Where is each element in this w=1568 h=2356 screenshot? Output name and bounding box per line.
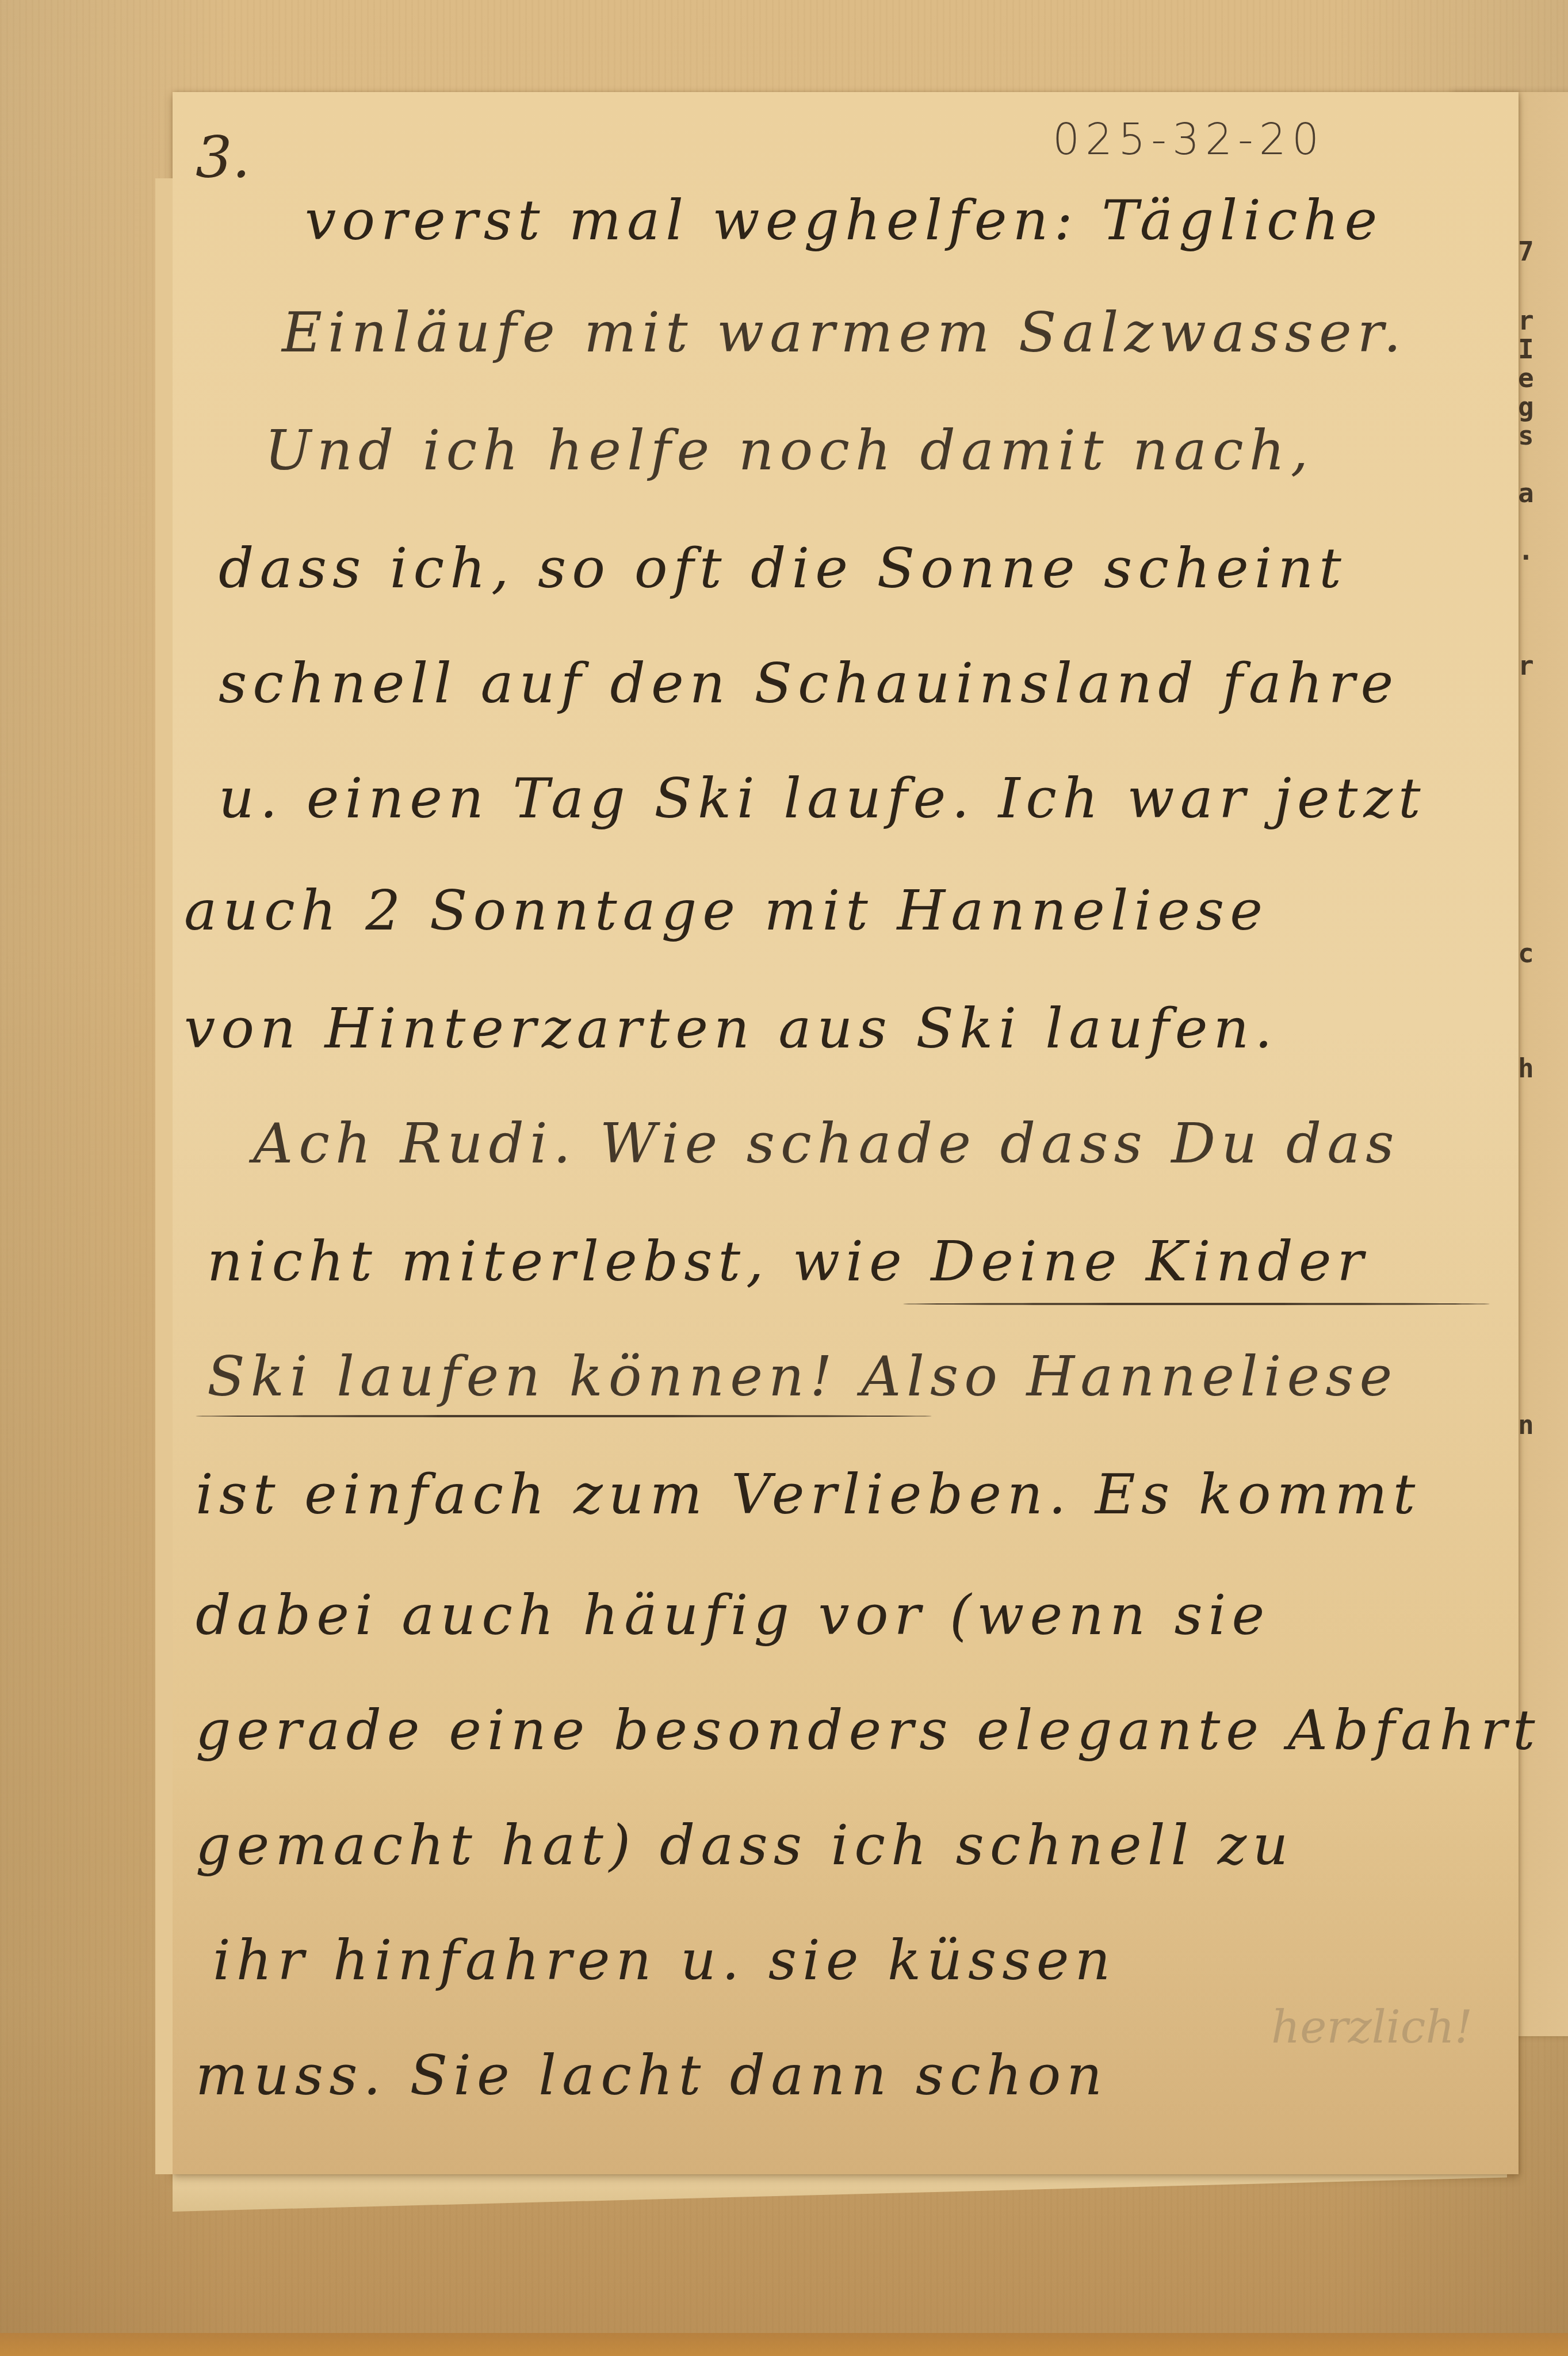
- letter-fold-flap: [155, 178, 173, 2174]
- letter-line: von Hinterzarten aus Ski laufen.: [184, 1001, 1484, 1056]
- letter-line: u. einen Tag Ski laufe. Ich war jetzt: [219, 771, 1519, 826]
- letter-line: dass ich, so oft die Sonne scheint: [219, 541, 1519, 596]
- letter-line: Ach Rudi. Wie schade dass Du das: [253, 1116, 1553, 1171]
- letter-line: ihr hinfahren u. sie küssen: [213, 1933, 1513, 1988]
- letter-line: gemacht hat) dass ich schnell zu: [196, 1818, 1496, 1873]
- letter-line: nicht miterlebst, wie Deine Kinder: [207, 1234, 1507, 1289]
- table-edge: [0, 2333, 1568, 2356]
- letter-line: gerade eine besonders elegante Abfahrt: [196, 1703, 1496, 1758]
- letter-line: Einläufe mit warmem Salzwasser.: [282, 305, 1568, 360]
- letter-line: muss. Sie lacht dann schon: [196, 2048, 1496, 2103]
- letter-line: Ski laufen können! Also Hanneliese: [207, 1349, 1507, 1404]
- letter-line: dabei auch häufig vor (wenn sie: [196, 1588, 1496, 1643]
- letter-line: auch 2 Sonntage mit Hanneliese: [184, 883, 1484, 938]
- bleed-through-text: herzlich!: [1271, 2002, 1473, 2053]
- letter-line: Und ich helfe noch damit nach,: [265, 423, 1565, 478]
- archive-number: 025-32-20: [1053, 115, 1325, 165]
- letter-line: ist einfach zum Verlieben. Es kommt: [196, 1467, 1496, 1522]
- letter-line: vorerst mal weghelfen: Tägliche: [305, 193, 1568, 248]
- page-number: 3.: [196, 124, 250, 191]
- underline-mark: [196, 1415, 932, 1417]
- underline-mark: [903, 1303, 1490, 1305]
- handwritten-letter: 3. 025-32-20 vorerst mal weghelfen: Tägl…: [173, 92, 1519, 2174]
- letter-line: schnell auf den Schauinsland fahre: [219, 656, 1519, 711]
